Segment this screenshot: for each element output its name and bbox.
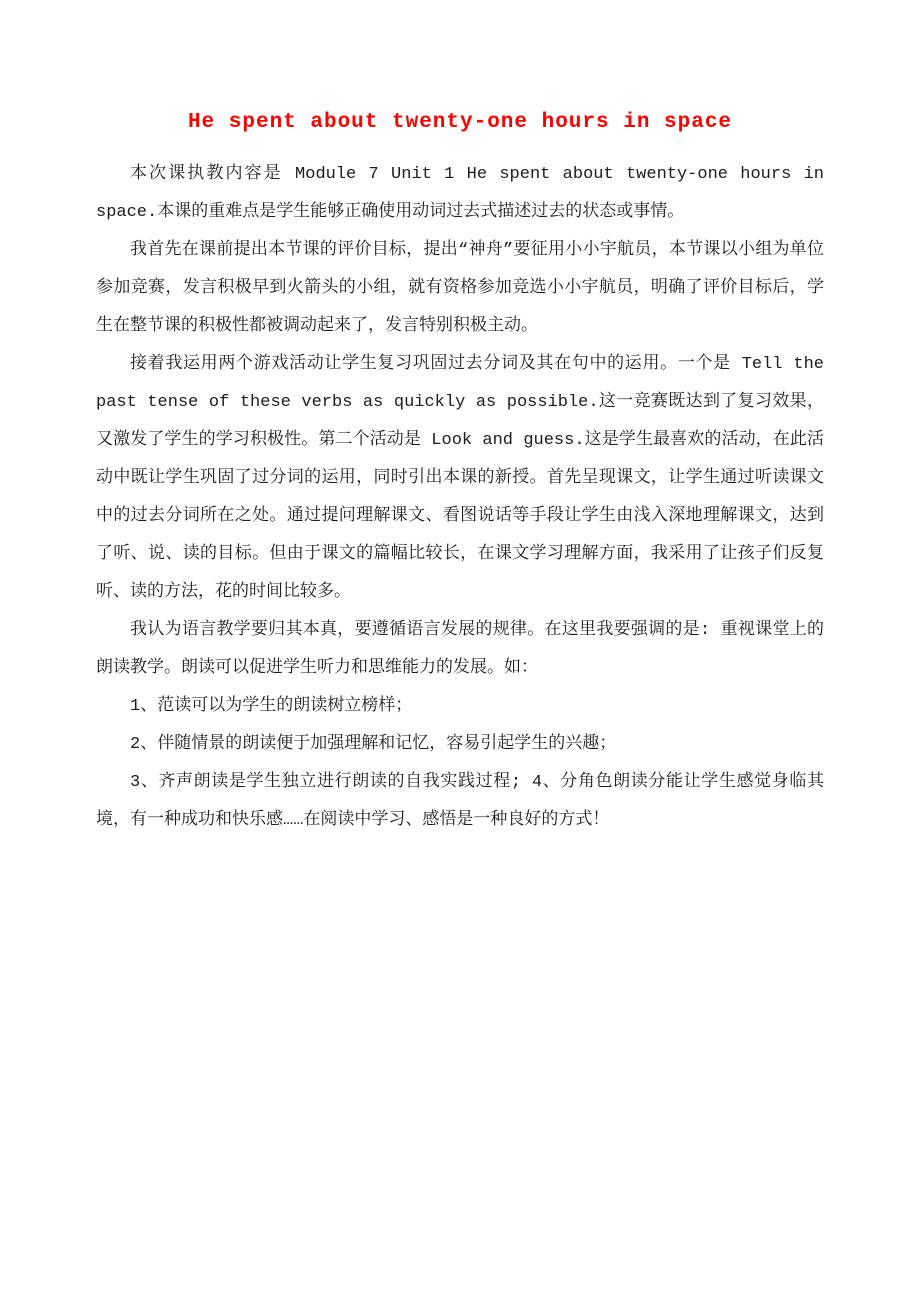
paragraph-evaluation-goals: 我首先在课前提出本节课的评价目标，提出“神舟”要征用小小宇航员，本节课以小组为单… <box>96 232 824 346</box>
document-page: He spent about twenty-one hours in space… <box>0 0 920 1302</box>
list-item-2: 2、伴随情景的朗读便于加强理解和记忆，容易引起学生的兴趣； <box>96 726 824 764</box>
paragraph-intro: 本次课执教内容是 Module 7 Unit 1 He spent about … <box>96 156 824 232</box>
paragraph-reading-teaching: 我认为语言教学要归其本真，要遵循语言发展的规律。在这里我要强调的是: 重视课堂上… <box>96 612 824 688</box>
paragraph-game-activities: 接着我运用两个游戏活动让学生复习巩固过去分词及其在句中的运用。一个是 Tell … <box>96 346 824 612</box>
list-item-1: 1、范读可以为学生的朗读树立榜样； <box>96 688 824 726</box>
list-item-3: 3、齐声朗读是学生独立进行朗读的自我实践过程; 4、分角色朗读分能让学生感觉身临… <box>96 764 824 840</box>
document-body: 本次课执教内容是 Module 7 Unit 1 He spent about … <box>96 156 824 840</box>
document-title: He spent about twenty-one hours in space <box>96 104 824 142</box>
